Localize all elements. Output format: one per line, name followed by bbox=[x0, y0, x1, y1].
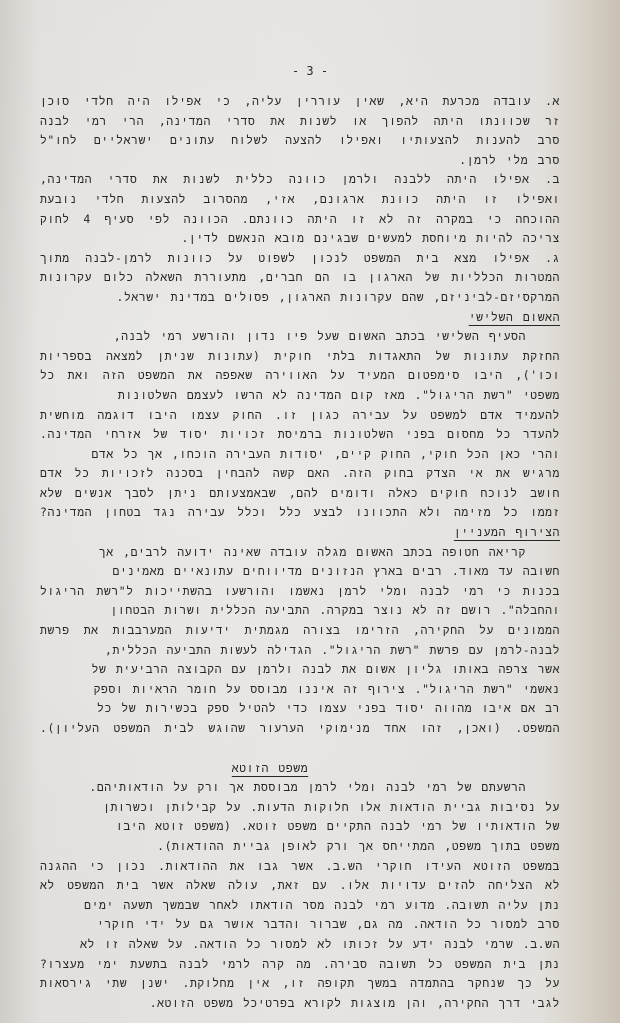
text-line: ב. אפילו היתה ללבנה ולרמן כוונה כללית לש… bbox=[40, 170, 560, 190]
section-third-charge: האשום השלישי הסעיף השלישי בכתב האשום שעל… bbox=[40, 308, 560, 524]
text-line: להעמיד אדם למשפט על עבירה כגון זו. החוק … bbox=[40, 406, 560, 426]
text-line: צריכה להיות מיוחסת למעשים שבגינם מובא הנ… bbox=[40, 229, 560, 249]
text-line: חושב לנוכח חוקים כאלה ודומים להם, שבאמצע… bbox=[40, 484, 560, 504]
text-line: נתן בית המשפט כל תשובה סבירה. מה קרה לרמ… bbox=[40, 955, 560, 975]
section-heading: האשום השלישי bbox=[40, 308, 560, 328]
page-number: - 3 - bbox=[0, 64, 620, 78]
text-line: משפטי "רשת הריגול". מאז קום המדינה לא הר… bbox=[40, 386, 560, 406]
text-line: מרגיש את אי הצדק בחוק הזה. האם קשה להבחי… bbox=[40, 464, 560, 484]
paragraph-b: ב. אפילו היתה ללבנה ולרמן כוונה כללית לש… bbox=[40, 170, 560, 248]
text-line: סרב להענות להצעותיו ואפילו להצעה לשלוח ע… bbox=[40, 131, 560, 151]
section-interesting-combination: הצירוף המעניין קריאה חטופה בכתב האשום מג… bbox=[40, 523, 560, 739]
text-line: ההוכחה כי במקרה זה לא זו היתה כוונתם. הכ… bbox=[40, 210, 560, 230]
text-line: נתן עליה תשובה. מדוע רמי לבנה מסר הודאתו… bbox=[40, 896, 560, 916]
text-line: לא הצליחה להזים עדויות אלו. עם זאת, עולה… bbox=[40, 876, 560, 896]
text-line: סרב למסור כל הודאה. מה גם, שברור והדבר א… bbox=[40, 915, 560, 935]
section-gap bbox=[40, 739, 560, 759]
text-line: א. עובדה מכרעת היא, שאין עוררין עליה, כי… bbox=[40, 92, 560, 112]
text-line: סרב מלי לרמן. bbox=[40, 151, 560, 171]
text-line: נאשמי "רשת הריגול". צירוף זה איננו מבוסס… bbox=[40, 680, 560, 700]
text-line: על כך שנחקר בהתמדה במשך תקופה זו, אין מח… bbox=[40, 974, 560, 994]
section-heading: משפט הזוטא bbox=[40, 759, 560, 779]
text-line: הממונים על החקירה, הזרימו בצורה מגמתית י… bbox=[40, 621, 560, 641]
paragraph-c: ג. אפילו מצא בית המשפט לנכון לשפוט על כו… bbox=[40, 249, 560, 308]
section-trial-within-trial: משפט הזוטא הרשעתם של רמי לבנה ומלי לרמן … bbox=[40, 759, 560, 1014]
text-line: משפט בתוך משפט, המתייחס אך ורק לאופן גבי… bbox=[40, 837, 560, 857]
document-body: א. עובדה מכרעת היא, שאין עוררין עליה, כי… bbox=[40, 92, 560, 1013]
text-line: החזקת עתונות של התאגדות בלתי חוקית (עתונ… bbox=[40, 347, 560, 367]
text-line: הסעיף השלישי בכתב האשום שעל פיו נדון והו… bbox=[40, 327, 560, 347]
text-line: על נסיבות גביית הודאות אלו חלוקות הדעות.… bbox=[40, 798, 560, 818]
text-line: חשובה עד מאוד. רבים בארץ הנזונים מדיווחי… bbox=[40, 562, 560, 582]
text-line: קריאה חטופה בכתב האשום מגלה עובדה שאינה … bbox=[40, 543, 560, 563]
text-line: זר שכוונתו היתה להפוך או לשנות את סדרי ה… bbox=[40, 112, 560, 132]
text-line: לבנה-לרמן עם פרשת "רשת הריגול". הגדילה ל… bbox=[40, 641, 560, 661]
text-line: רב אם איבו מהווה יסוד בפני עצמו כדי להטי… bbox=[40, 699, 560, 719]
text-line: במשפט הזוטא העידו חוקרי הש.ב. אשר גבו את… bbox=[40, 857, 560, 877]
text-line: של הודאותיו של רמי לבנה התקיים משפט זוטא… bbox=[40, 817, 560, 837]
section-heading: הצירוף המעניין bbox=[40, 523, 560, 543]
text-line: להעדר כל מחסום בפני השלטונות ברמיסת זכוי… bbox=[40, 425, 560, 445]
text-line: לגבי דרך החקירה, והן מוצגות לקורא בפרטיכ… bbox=[40, 994, 560, 1014]
text-line: אשר צרפה באותו גליון אשום את לבנה ולרמן … bbox=[40, 660, 560, 680]
text-line: המטרות הכלליות של הארגון בו הם חברים, מת… bbox=[40, 268, 560, 288]
text-line: והחבלה". רושם זה לא נוצר במקרה. התביעה ה… bbox=[40, 601, 560, 621]
text-line: המרקסיזם-לביניזם, שהם עקרונות הארגון, פס… bbox=[40, 288, 560, 308]
text-line: ג. אפילו מצא בית המשפט לנכון לשפוט על כו… bbox=[40, 249, 560, 269]
text-line: הש.ב. שרמי לבנה ידע על זכותו לא למסור כל… bbox=[40, 935, 560, 955]
text-line: והרי כאן הכל חוקי, החוק קיים, יסודות העב… bbox=[40, 445, 560, 465]
text-line: וכו'), היבו סימפטום המעיד על האווירה שאפ… bbox=[40, 366, 560, 386]
text-line: זממו כל מזימה ולא התכוונו לבצע כלל וכלל … bbox=[40, 503, 560, 523]
text-line: ואפילו זו היתה כוונת ארגונם, אזי, מהסרוב… bbox=[40, 190, 560, 210]
text-line: הרשעתם של רמי לבנה ומלי לרמן מבוססת אך ו… bbox=[40, 778, 560, 798]
text-line: המשפט. (ואכן, זהו אחד מנימוקי הערעור שהו… bbox=[40, 719, 560, 739]
paragraph-a: א. עובדה מכרעת היא, שאין עוררין עליה, כי… bbox=[40, 92, 560, 170]
text-line: בכנות כי רמי לבנה ומלי לרמן נאשמו והורשע… bbox=[40, 582, 560, 602]
document-page: - 3 - א. עובדה מכרעת היא, שאין עוררין על… bbox=[0, 0, 620, 1023]
